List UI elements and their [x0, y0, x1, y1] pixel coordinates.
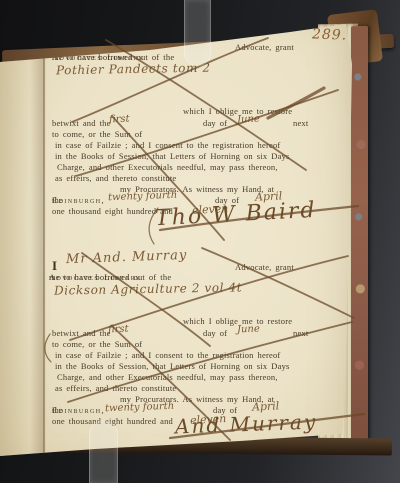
form-next: next: [293, 328, 308, 338]
register-entry-2: I Mr And. Murray Advocate, grant me to h…: [0, 242, 400, 467]
handwritten-book-title: Dickson Agriculture 2 vol 4t: [54, 280, 242, 297]
form-books-of-session: in the Books of Session, that Letters of…: [55, 151, 290, 161]
borrower-signature: Tho W Baird: [154, 198, 317, 231]
form-failzie: in case of Failzie ; and I consent to th…: [55, 140, 280, 150]
handwritten-return-day: first: [109, 114, 130, 126]
form-day-of: day of: [203, 328, 227, 338]
form-betwixt: betwixt and the: [52, 118, 111, 128]
form-effeirs: as effeirs, and thereto constitute: [55, 383, 176, 393]
handwritten-return-month: June: [237, 114, 260, 126]
scanned-book-photo: 289. I Mr Tho. W. Baird Advocate, grant …: [0, 0, 400, 483]
form-books-of-session: in the Books of Session, that Letters of…: [55, 361, 290, 371]
handwritten-return-day: first: [108, 324, 129, 336]
handwritten-return-month: June: [237, 324, 260, 336]
register-page: 289. I Mr Tho. W. Baird Advocate, grant …: [0, 0, 356, 483]
handwritten-borrower-name: Mr Tho. W. Baird: [64, 25, 192, 44]
handwritten-borrower-name: Mr And. Murray: [66, 248, 188, 267]
form-charge: Charge, and other Executorials needful, …: [57, 372, 278, 382]
form-the: the: [52, 405, 63, 415]
handwritten-signed-day: twenty fourth: [105, 401, 175, 414]
marbled-cover-edge: [351, 26, 368, 450]
form-day-of: day of: [203, 118, 227, 128]
form-library-label: Advocates Library: [49, 272, 142, 282]
form-the: the: [52, 195, 63, 205]
form-to-come: to come, or the Sum of: [52, 339, 142, 349]
book-cradle-strap-top: [184, 0, 211, 66]
form-advocate-grant: Advocate, grant: [235, 42, 294, 52]
handwritten-signed-day: twenty fourth: [108, 190, 178, 203]
form-next: next: [293, 118, 308, 128]
form-to-come: to come, or the Sum of: [52, 129, 142, 139]
borrower-signature: And Murray: [175, 410, 318, 439]
form-failzie: in case of Failzie ; and I consent to th…: [55, 350, 280, 360]
form-betwixt: betwixt and the: [52, 328, 111, 338]
form-advocate-grant: Advocate, grant: [235, 262, 294, 272]
book-cradle-strap-bottom: [89, 420, 118, 483]
form-charge: Charge, and other Executorials needful, …: [57, 162, 278, 172]
handwritten-book-title: Pothier Pandects tom 2: [56, 61, 211, 78]
form-effeirs: as effeirs, and thereto constitute: [55, 173, 176, 183]
